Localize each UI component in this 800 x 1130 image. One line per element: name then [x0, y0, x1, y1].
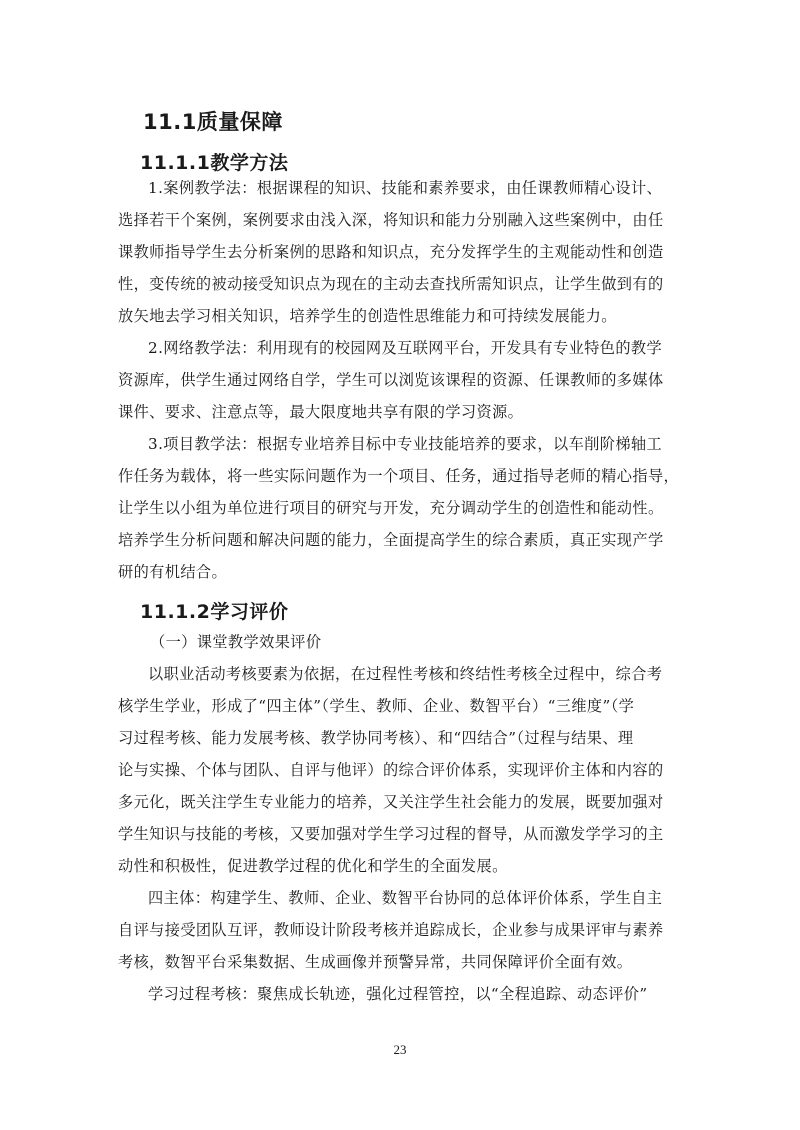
paragraph-line: 自评与接受团队互评，教师设计阶段考核并追踪成长，企业参与成果评审与素养: [118, 920, 683, 940]
paragraph-line: 作任务为载体，将一些实际问题作为一个项目、任务，通过指导老师的精心指导，: [118, 466, 683, 486]
paragraph-line: 习过程考核、能力发展考核、教学协同考核）、和“四结合”（过程与结果、理: [118, 728, 683, 748]
paragraph-line: 选择若干个案例，案例要求由浅入深，将知识和能力分别融入这些案例中，由任: [118, 210, 683, 230]
paragraph-line: 论与实操、个体与团队、自评与他评）的综合评价体系，实现评价主体和内容的: [118, 760, 683, 780]
document-page: 11.1质量保障 11.1.1教学方法 1.案例教学法：根据课程的知识、技能和素…: [0, 0, 800, 1130]
paragraph-line: 以职业活动考核要素为依据，在过程性考核和终结性考核全过程中，综合考: [148, 664, 713, 684]
paragraph-line: 课教师指导学生去分析案例的思路和知识点，充分发挥学生的主观能动性和创造: [118, 242, 683, 262]
paragraph-line: 动性和积极性，促进教学过程的优化和学生的全面发展。: [118, 856, 683, 876]
paragraph-line: 四主体：构建学生、教师、企业、数智平台协同的总体评价体系，学生自主: [148, 888, 713, 908]
paragraph-line: 资源库，供学生通过网络自学，学生可以浏览该课程的资源、任课教师的多媒体: [118, 370, 683, 390]
paragraph-line: 研的有机结合。: [118, 562, 683, 582]
paragraph-line: 3.项目教学法：根据专业培养目标中专业技能培养的要求，以车削阶梯轴工: [148, 434, 713, 454]
page-number: 23: [0, 1042, 800, 1058]
paragraph-line: 让学生以小组为单位进行项目的研究与开发，充分调动学生的创造性和能动性。: [118, 498, 683, 518]
paragraph-line: 学习过程考核：聚焦成长轨迹，强化过程管控，以“全程追踪、动态评价”: [148, 984, 713, 1004]
paragraph-line: 1.案例教学法：根据课程的知识、技能和素养要求，由任课教师精心设计、: [148, 178, 713, 198]
section-heading: 11.1质量保障: [143, 106, 283, 136]
paragraph-line: 培养学生分析问题和解决问题的能力，全面提高学生的综合素质，真正实现产学: [118, 530, 683, 550]
paragraph-line: 学生知识与技能的考核，又要加强对学生学习过程的督导，从而激发学学习的主: [118, 824, 683, 844]
paragraph-line: 多元化，既关注学生专业能力的培养，又关注学生社会能力的发展，既要加强对: [118, 792, 683, 812]
paragraph-line: 性，变传统的被动接受知识点为现在的主动去查找所需知识点，让学生做到有的: [118, 274, 683, 294]
paragraph-line: 课件、要求、注意点等，最大限度地共享有限的学习资源。: [118, 402, 683, 422]
subheading-classroom-evaluation: （一）课堂教学效果评价: [150, 632, 715, 652]
paragraph-line: 考核，数智平台采集数据、生成画像并预警异常，共同保障评价全面有效。: [118, 952, 683, 972]
paragraph-line: 核学生学业，形成了“四主体”（学生、教师、企业、数智平台）“三维度”（学: [118, 696, 683, 716]
paragraph-line: 放矢地去学习相关知识，培养学生的创造性思维能力和可持续发展能力。: [118, 306, 683, 326]
subsection-heading-teaching-methods: 11.1.1教学方法: [140, 148, 288, 175]
subsection-heading-learning-evaluation: 11.1.2学习评价: [140, 597, 288, 624]
paragraph-line: 2.网络教学法：利用现有的校园网及互联网平台，开发具有专业特色的教学: [148, 338, 713, 358]
